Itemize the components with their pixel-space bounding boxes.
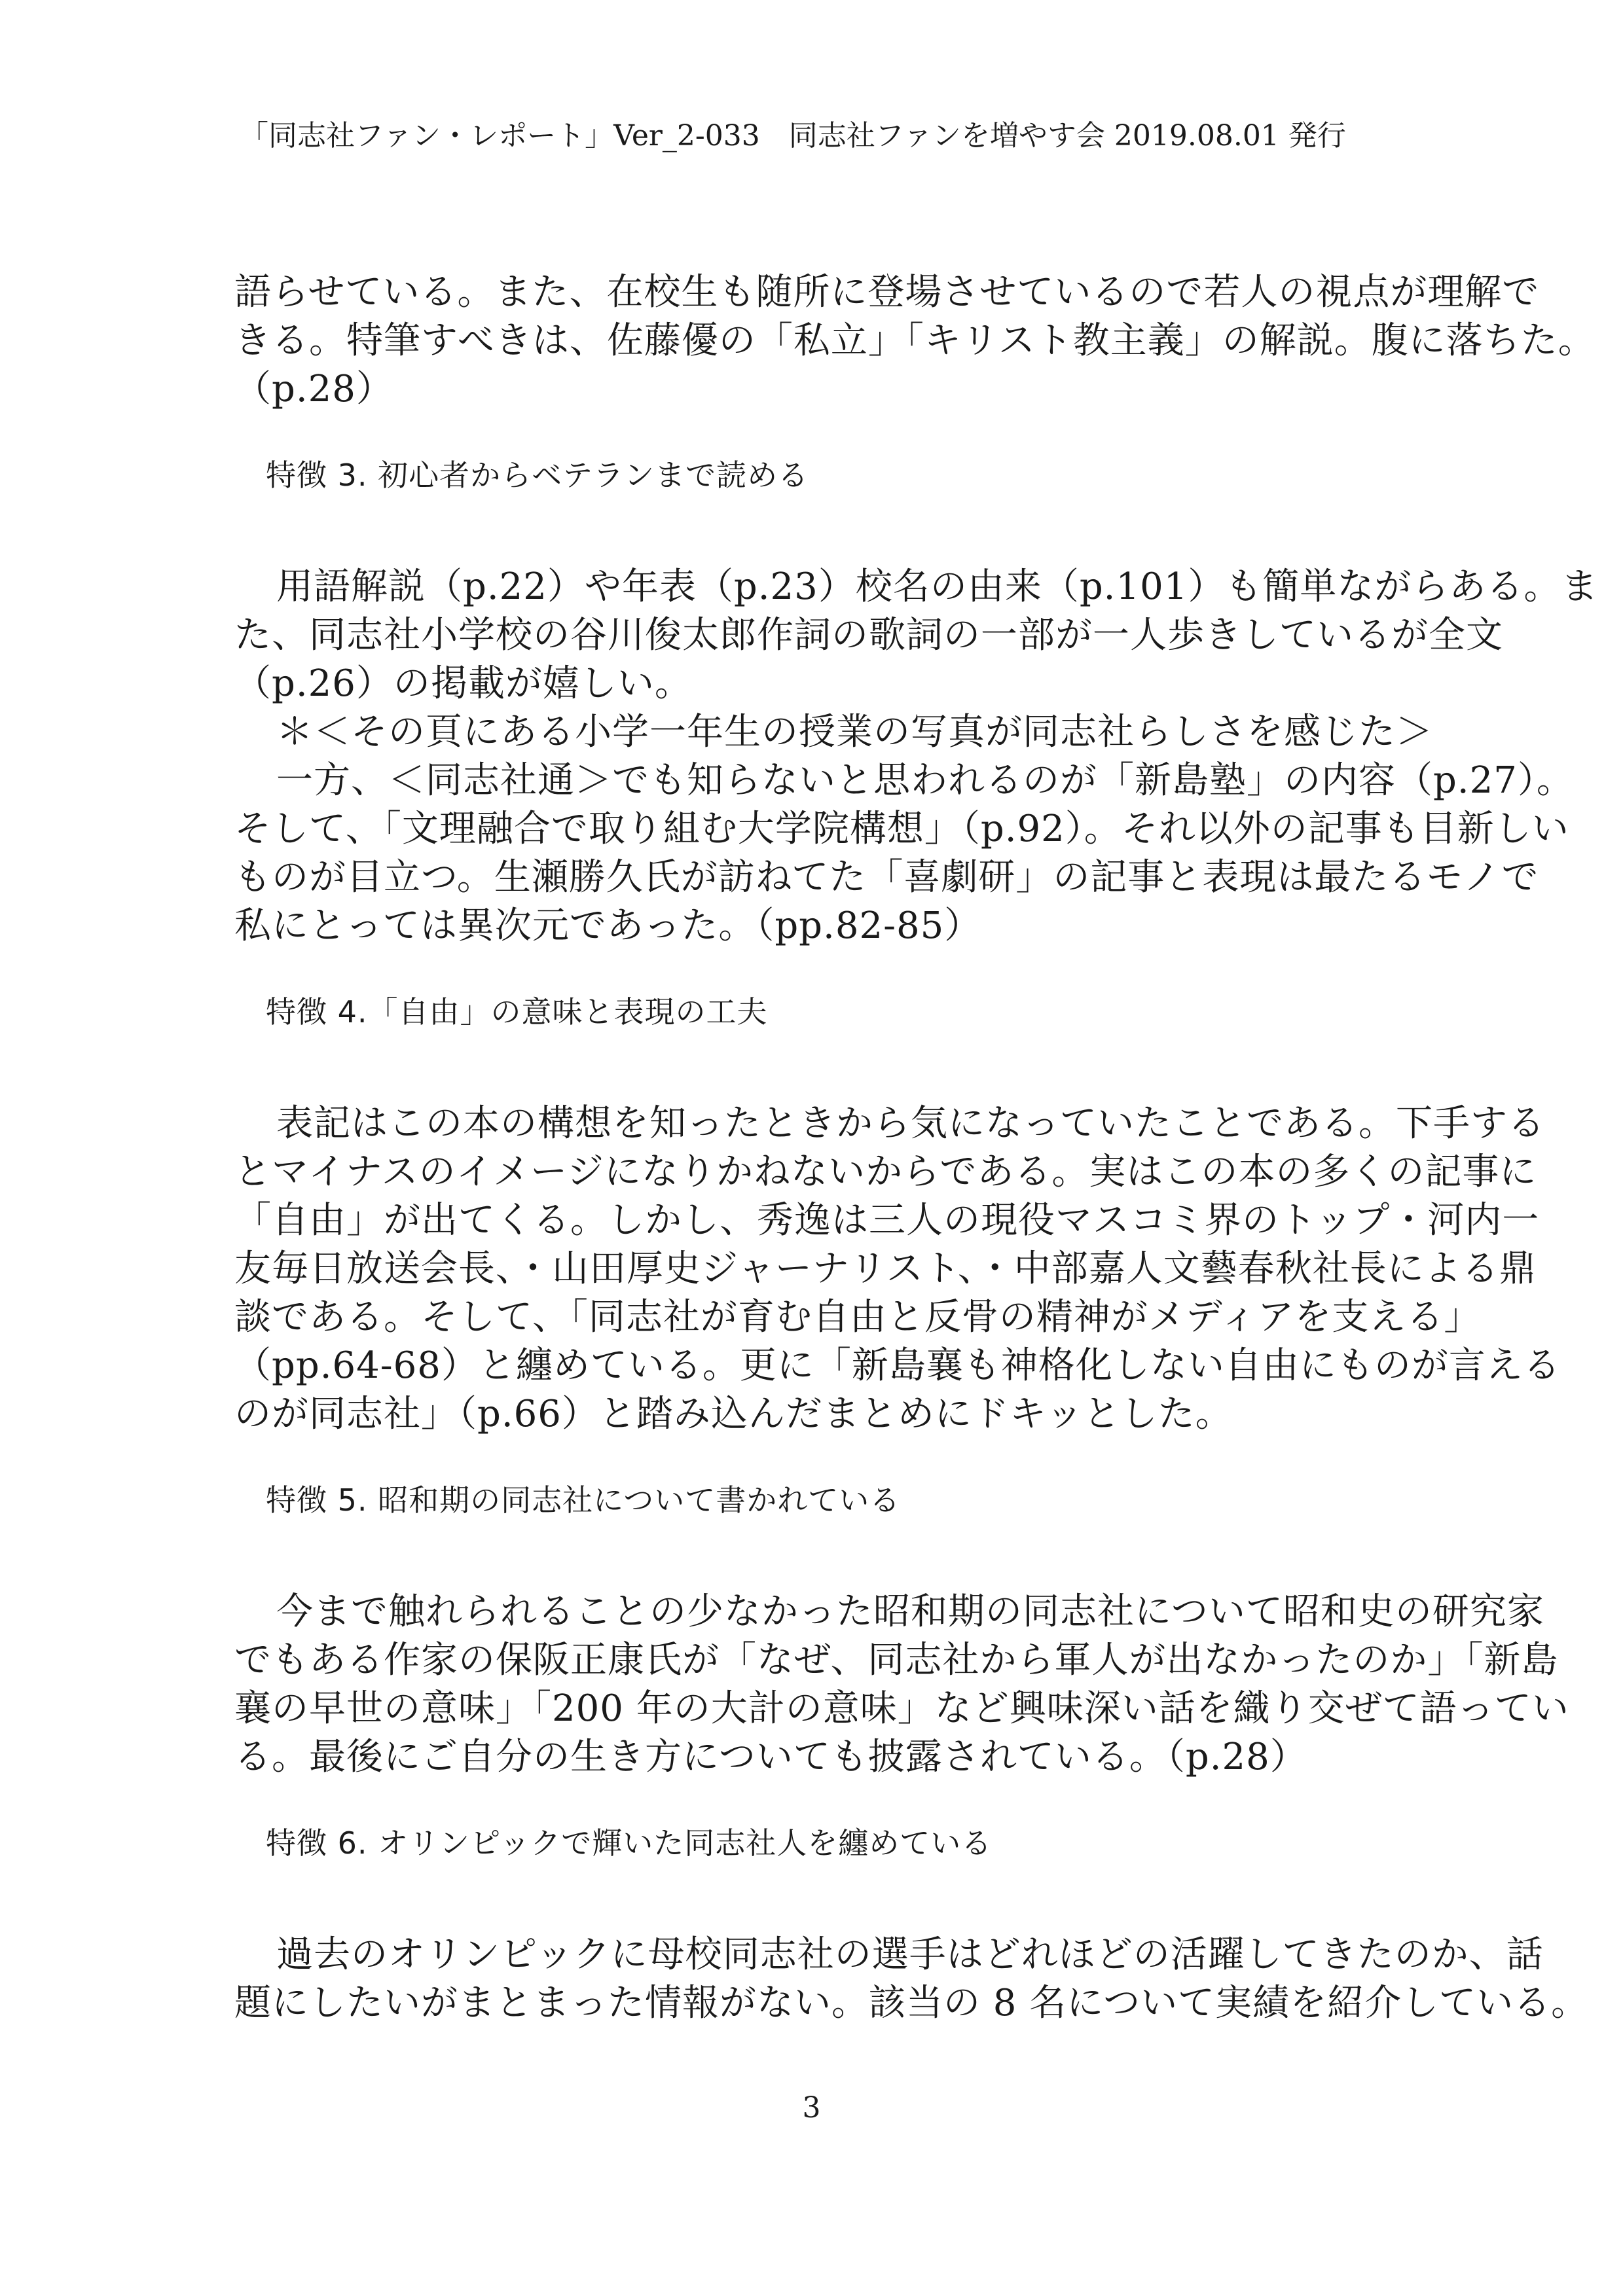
page-number: 3 <box>0 2092 1623 2125</box>
text-line: 私にとっては異次元であった。（pp.82-85） <box>234 902 1393 950</box>
text-line: た、同志社小学校の谷川俊太郎作詞の歌詞の一部が一人歩きしているが全文 <box>234 611 1393 660</box>
text-line: のが同志社」（p.66）と踏み込んだまとめにドキッとした。 <box>234 1390 1393 1439</box>
text-line: ものが目立つ。生瀬勝久氏が訪ねてた「喜劇研」の記事と表現は最たるモノで <box>234 853 1393 902</box>
text-line: （p.28） <box>234 365 1393 414</box>
text-line: る。最後にご自分の生き方についても披露されている。（p.28） <box>234 1733 1393 1782</box>
document-body: 語らせている。また、在校生も随所に登場させているので若人の視点が理解で きる。特… <box>234 268 1393 2028</box>
intro-paragraph: 語らせている。また、在校生も随所に登場させているので若人の視点が理解で きる。特… <box>234 268 1393 414</box>
page-header: 「同志社ファン・レポート」Ver_2-033 同志社ファンを増やす会 2019.… <box>240 117 1418 156</box>
text-line: 友毎日放送会長、・山田厚史ジャーナリスト、・中部嘉人文藝春秋社長による鼎 <box>234 1245 1393 1293</box>
text-line: でもある作家の保阪正康氏が「なぜ、同志社から軍人が出なかったのか」「新島 <box>234 1636 1393 1685</box>
section-4-paragraph-1: 表記はこの本の構想を知ったときから気になっていたことである。下手する とマイナス… <box>234 1100 1393 1439</box>
text-line: 表記はこの本の構想を知ったときから気になっていたことである。下手する <box>234 1100 1393 1148</box>
text-line: 一方、＜同志社通＞でも知らないと思われるのが「新島塾」の内容（p.27）。 <box>234 757 1393 805</box>
section-3-paragraph-1: 用語解説（p.22）や年表（p.23）校名の由来（p.101）も簡単ながらある。… <box>234 563 1393 708</box>
text-line: 「自由」が出てくる。しかし、秀逸は三人の現役マスコミ界のトップ・河内一 <box>234 1196 1393 1245</box>
section-heading-feature-3: 特徴 3. 初心者からベテランまで読める <box>234 456 1393 495</box>
text-line: 用語解説（p.22）や年表（p.23）校名の由来（p.101）も簡単ながらある。… <box>234 563 1393 611</box>
text-line: とマイナスのイメージになりかねないからである。実はこの本の多くの記事に <box>234 1148 1393 1196</box>
text-line: 襄の早世の意味」「200 年の大計の意味」など興味深い話を織り交ぜて語ってい <box>234 1685 1393 1733</box>
text-line: 過去のオリンピックに母校同志社の選手はどれほどの活躍してきたのか、話 <box>234 1931 1393 1979</box>
text-line: （pp.64-68）と纏めている。更に「新島襄も神格化しない自由にものが言える <box>234 1342 1393 1390</box>
text-line: （p.26）の掲載が嬉しい。 <box>234 660 1393 708</box>
text-line: 語らせている。また、在校生も随所に登場させているので若人の視点が理解で <box>234 268 1393 317</box>
text-line: ＊＜その頁にある小学一年生の授業の写真が同志社らしさを感じた＞ <box>234 708 1393 757</box>
section-6-paragraph-1: 過去のオリンピックに母校同志社の選手はどれほどの活躍してきたのか、話 題にしたい… <box>234 1931 1393 2028</box>
section-5-paragraph-1: 今まで触れられることの少なかった昭和期の同志社について昭和史の研究家 でもある作… <box>234 1588 1393 1782</box>
text-line: 題にしたいがまとまった情報がない。該当の 8 名について実績を紹介している。 <box>234 1979 1393 2028</box>
text-line: きる。特筆すべきは、佐藤優の「私立」「キリスト教主義」の解説。腹に落ちた。 <box>234 317 1393 365</box>
text-line: そして、「文理融合で取り組む大学院構想」（p.92）。それ以外の記事も目新しい <box>234 805 1393 853</box>
text-line: 今まで触れられることの少なかった昭和期の同志社について昭和史の研究家 <box>234 1588 1393 1636</box>
section-3-paragraph-2: ＊＜その頁にある小学一年生の授業の写真が同志社らしさを感じた＞ <box>234 708 1393 757</box>
section-3-paragraph-3: 一方、＜同志社通＞でも知らないと思われるのが「新島塾」の内容（p.27）。 そし… <box>234 757 1393 950</box>
section-heading-feature-5: 特徴 5. 昭和期の同志社について書かれている <box>234 1480 1393 1520</box>
text-line: 談である。そして、「同志社が育む自由と反骨の精神がメディアを支える」 <box>234 1293 1393 1342</box>
section-heading-feature-6: 特徴 6. オリンピックで輝いた同志社人を纏めている <box>234 1823 1393 1863</box>
section-heading-feature-4: 特徴 4.「自由」の意味と表現の工夫 <box>234 992 1393 1031</box>
